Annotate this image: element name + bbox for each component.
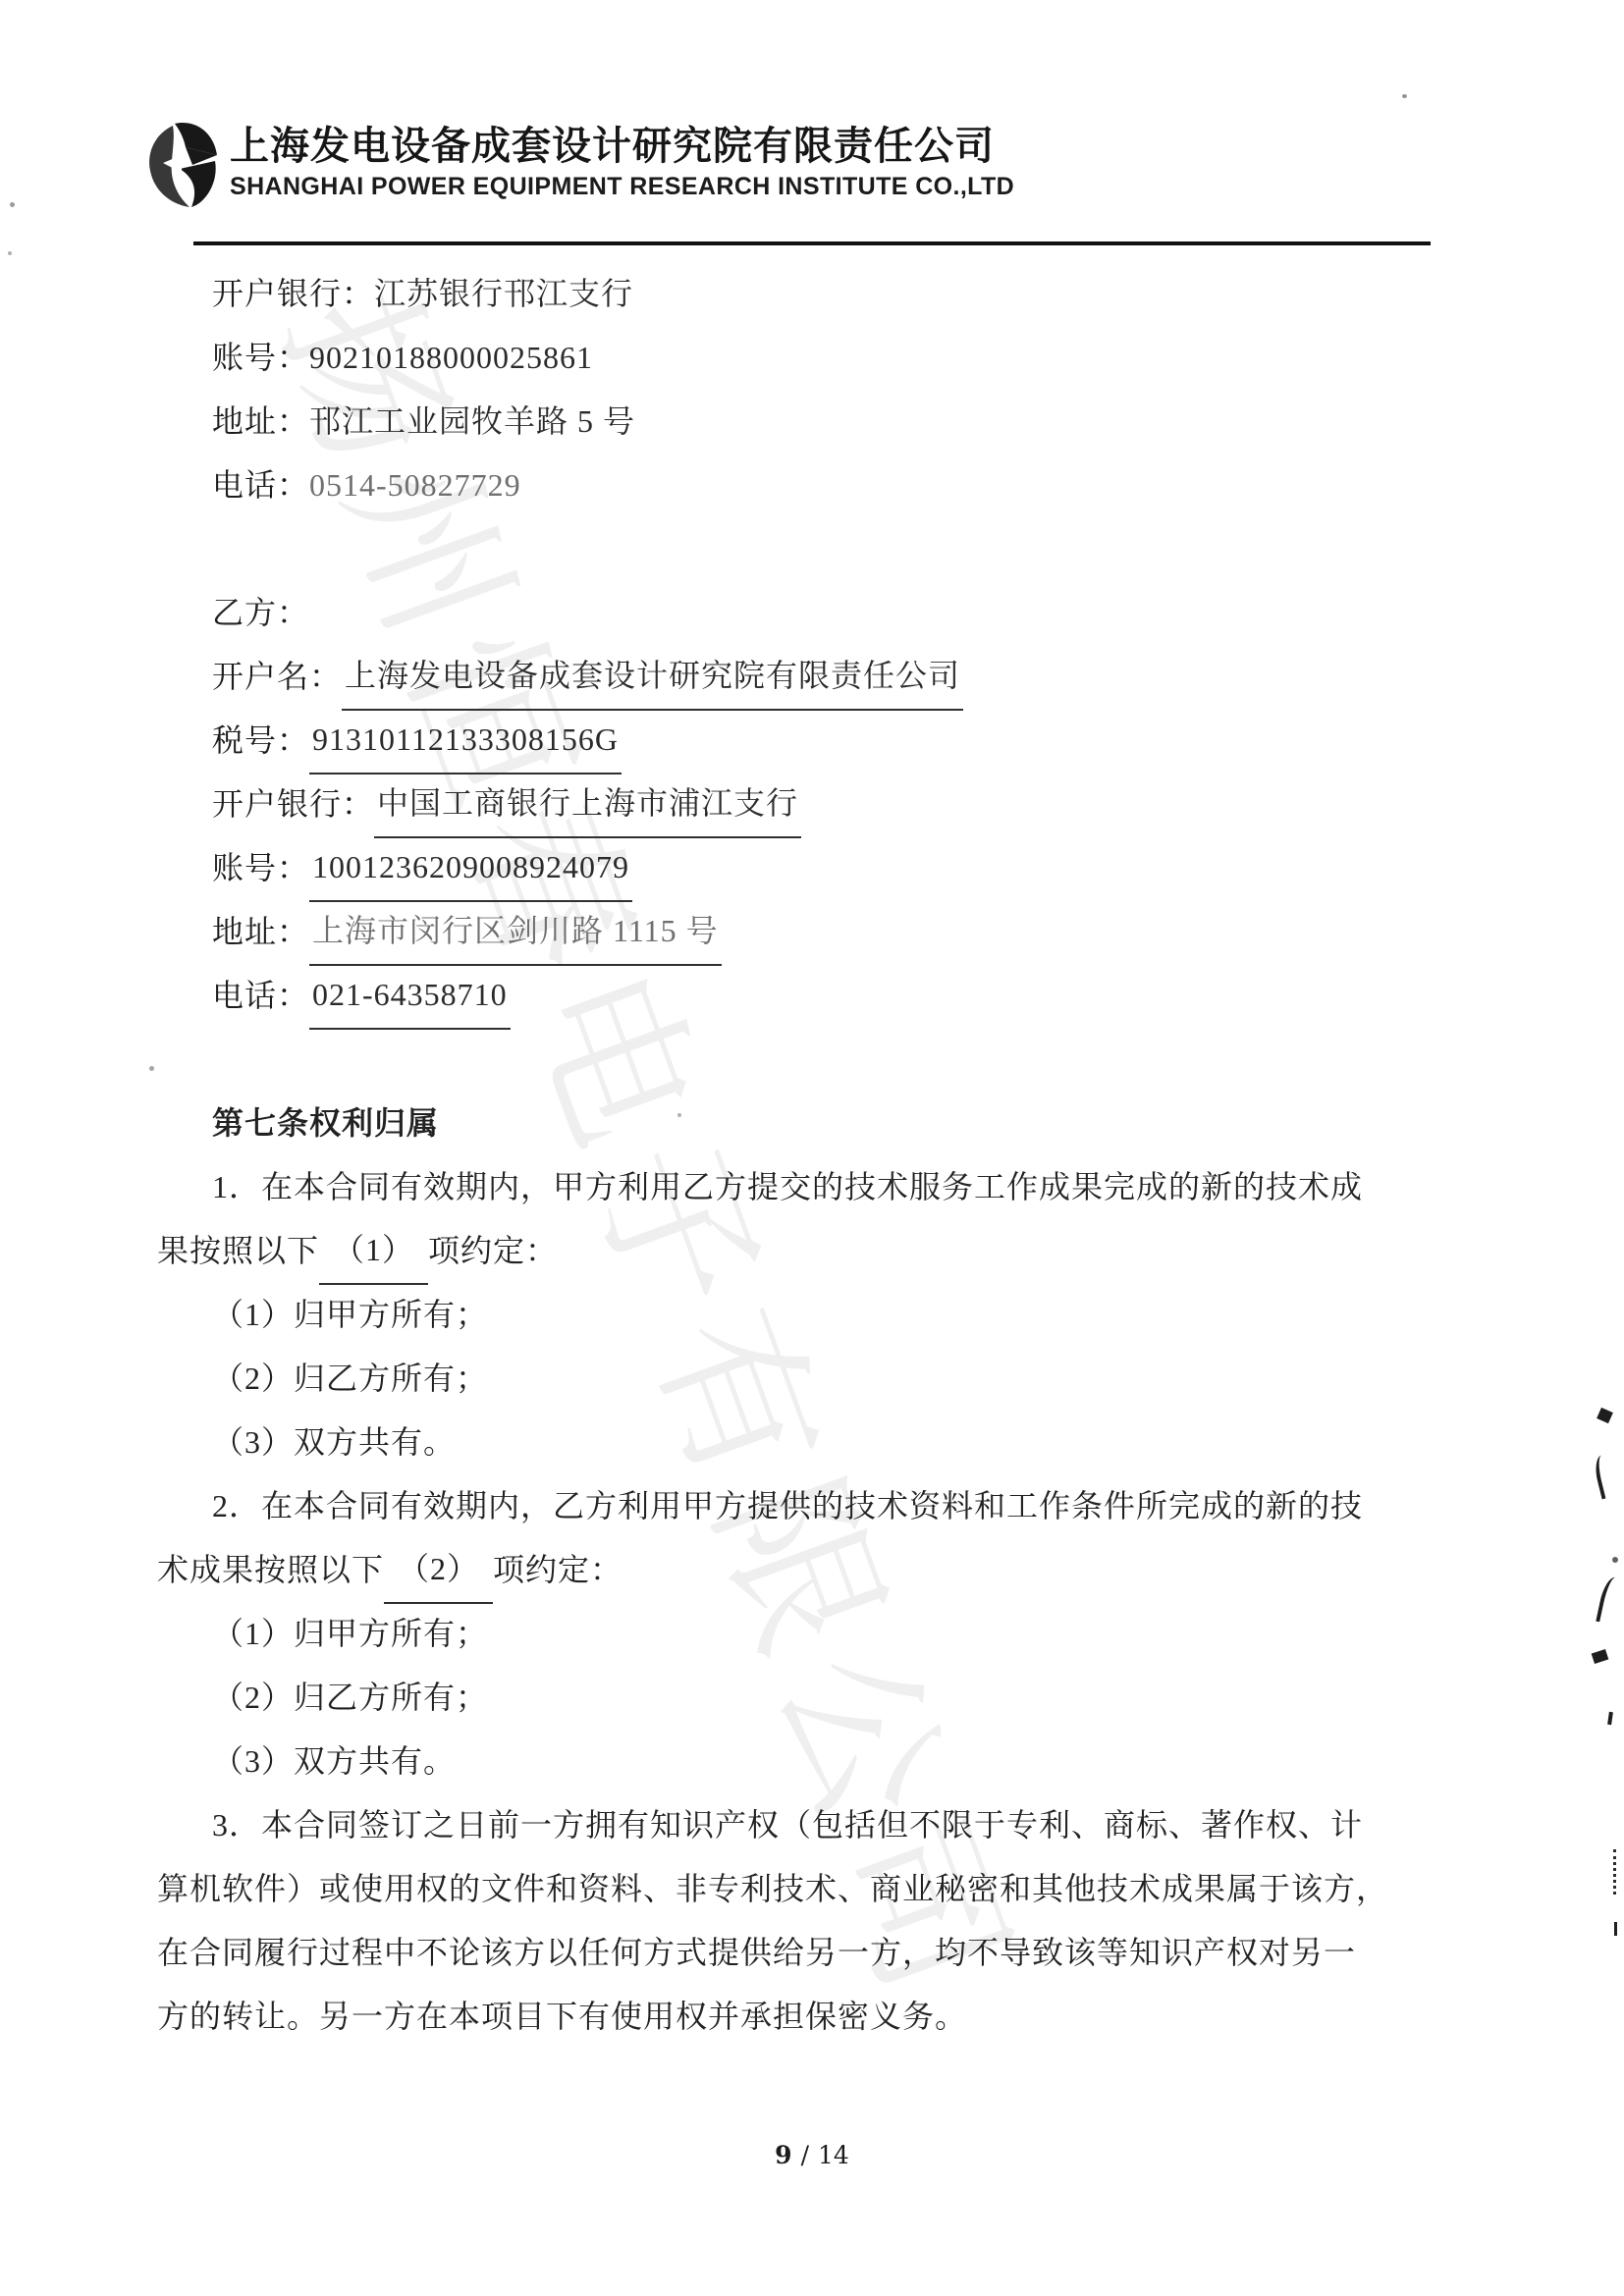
letterhead-titles: 上海发电设备成套设计研究院有限责任公司 SHANGHAI POWER EQUIP… (230, 116, 1014, 201)
text-line: 3．本合同签订之日前一方拥有知识产权（包括但不限于专利、商标、著作权、计 (157, 1793, 1473, 1857)
scan-artifact (1592, 1649, 1609, 1664)
scan-artifact (1607, 1712, 1613, 1725)
scan-artifact (1612, 1557, 1618, 1563)
line-text: （1）归甲方所有； (212, 1283, 488, 1347)
info-line: 电话：0514-50827729 (157, 454, 1473, 517)
text-line: 乙方： (157, 581, 1473, 645)
text-line: 术成果按照以下（2）项约定： (157, 1538, 1473, 1602)
line-text: （2）归乙方所有； (212, 1666, 488, 1730)
scan-speck (1402, 94, 1407, 98)
scan-speck (10, 202, 15, 207)
field-value: 0514-50827729 (309, 454, 521, 517)
company-logo-icon (145, 116, 220, 210)
line-text: 方的转让。另一方在本项目下有使用权并承担保密义务。 (157, 1985, 967, 2049)
section-heading: 第七条权利归属 (157, 1092, 1473, 1155)
field-value: 021-64358710 (309, 963, 511, 1030)
field-label: 开户银行： (212, 773, 374, 836)
field-label: 地址： (212, 390, 309, 454)
line-text: （2）归乙方所有； (212, 1347, 488, 1411)
info-line: 开户银行：中国工商银行上海市浦江支行 (157, 773, 1473, 836)
line-text: （3）双方共有。 (212, 1411, 456, 1474)
page-number-current: 9 (775, 2141, 791, 2169)
info-line: 开户名：上海发电设备成套设计研究院有限责任公司 (157, 645, 1473, 709)
info-line: 开户银行：江苏银行邗江支行 (157, 262, 1473, 326)
text-line: 1．在本合同有效期内，甲方利用乙方提交的技术服务工作成果完成的新的技术成 (157, 1155, 1473, 1219)
text-line: （2）归乙方所有； (157, 1347, 1473, 1411)
scan-artifact (1597, 1408, 1613, 1423)
line-text: 项约定： (428, 1219, 558, 1283)
scan-artifact (1592, 1453, 1619, 1499)
letterhead-rule (193, 241, 1431, 245)
text-line: （3）双方共有。 (157, 1411, 1473, 1474)
field-value: 1001236209008924079 (309, 835, 632, 902)
page-footer: 9 / 14 (0, 2141, 1624, 2169)
text-line: （1）归甲方所有； (157, 1283, 1473, 1347)
scan-speck (677, 1113, 681, 1117)
text-line: 算机软件）或使用权的文件和资料、非专利技术、商业秘密和其他技术成果属于该方， (157, 1857, 1473, 1921)
line-text: 1．在本合同有效期内，甲方利用乙方提交的技术服务工作成果完成的新的技术成 (212, 1155, 1363, 1219)
text-line: 2．在本合同有效期内，乙方利用甲方提供的技术资料和工作条件所完成的新的技 (157, 1474, 1473, 1538)
line-text: 第七条权利归属 (212, 1092, 439, 1155)
line-text: 3．本合同签订之日前一方拥有知识产权（包括但不限于专利、商标、著作权、计 (212, 1793, 1363, 1857)
document-body: 开户银行：江苏银行邗江支行账号：90210188000025861地址：邗江工业… (157, 262, 1473, 2049)
info-line: 账号：1001236209008924079 (157, 836, 1473, 900)
scan-artifact (1596, 1575, 1623, 1626)
company-name-cn: 上海发电设备成套设计研究院有限责任公司 (230, 124, 1014, 169)
scan-speck (8, 251, 12, 255)
field-label: 地址： (212, 900, 309, 964)
fill-in-value: （2） (384, 1537, 493, 1604)
info-line: 地址：上海市闵行区剑川路 1115 号 (157, 900, 1473, 964)
field-label: 电话： (212, 454, 309, 517)
contract-page: 扬州恒春电子有限公司 上海发电设备成套设计研究院有限责任公司 SHANGHAI … (0, 0, 1624, 2296)
text-line: （1）归甲方所有； (157, 1602, 1473, 1666)
line-text: （3）双方共有。 (212, 1730, 456, 1793)
field-label: 账号： (212, 836, 309, 900)
text-line: 方的转让。另一方在本项目下有使用权并承担保密义务。 (157, 1985, 1473, 2049)
line-text: 术成果按照以下 (157, 1538, 384, 1602)
field-value: 90210188000025861 (309, 326, 593, 390)
blank-line (157, 517, 1473, 581)
field-value: 江苏银行邗江支行 (374, 262, 633, 326)
line-text: 乙方： (212, 581, 309, 645)
field-value: 上海发电设备成套设计研究院有限责任公司 (342, 644, 963, 711)
scan-artifact (1613, 1849, 1619, 1895)
line-text: （1）归甲方所有； (212, 1602, 488, 1666)
fill-in-value: （1） (319, 1218, 428, 1285)
company-name-en: SHANGHAI POWER EQUIPMENT RESEARCH INSTIT… (230, 172, 1014, 201)
text-line: （3）双方共有。 (157, 1730, 1473, 1793)
line-text: 算机软件）或使用权的文件和资料、非专利技术、商业秘密和其他技术成果属于该方， (157, 1857, 1388, 1921)
info-line: 电话：021-64358710 (157, 964, 1473, 1028)
text-line: 在合同履行过程中不论该方以任何方式提供给另一方，均不导致该等知识产权对另一 (157, 1921, 1473, 1985)
field-label: 开户名： (212, 645, 342, 709)
field-value: 邗江工业园牧羊路 5 号 (309, 390, 635, 454)
field-value: 上海市闵行区剑川路 1115 号 (309, 899, 722, 966)
scan-artifact (1614, 1922, 1617, 1936)
field-value: 中国工商银行上海市浦江支行 (374, 772, 801, 838)
letterhead: 上海发电设备成套设计研究院有限责任公司 SHANGHAI POWER EQUIP… (145, 116, 1014, 210)
line-text: 2．在本合同有效期内，乙方利用甲方提供的技术资料和工作条件所完成的新的技 (212, 1474, 1363, 1538)
page-number-separator: / (801, 2141, 809, 2169)
field-label: 电话： (212, 964, 309, 1028)
field-label: 税号： (212, 709, 309, 773)
info-line: 税号：91310112133308156G (157, 709, 1473, 773)
scan-speck (149, 1066, 154, 1071)
blank-line (157, 1028, 1473, 1092)
field-label: 账号： (212, 326, 309, 390)
info-line: 地址：邗江工业园牧羊路 5 号 (157, 390, 1473, 454)
line-text: 项约定： (493, 1538, 623, 1602)
text-line: （2）归乙方所有； (157, 1666, 1473, 1730)
field-value: 91310112133308156G (309, 708, 622, 774)
page-number-total: 14 (818, 2141, 849, 2169)
line-text: 果按照以下 (157, 1219, 319, 1283)
line-text: 在合同履行过程中不论该方以任何方式提供给另一方，均不导致该等知识产权对另一 (157, 1921, 1356, 1985)
field-label: 开户银行： (212, 262, 374, 326)
info-line: 账号：90210188000025861 (157, 326, 1473, 390)
text-line: 果按照以下（1）项约定： (157, 1219, 1473, 1283)
